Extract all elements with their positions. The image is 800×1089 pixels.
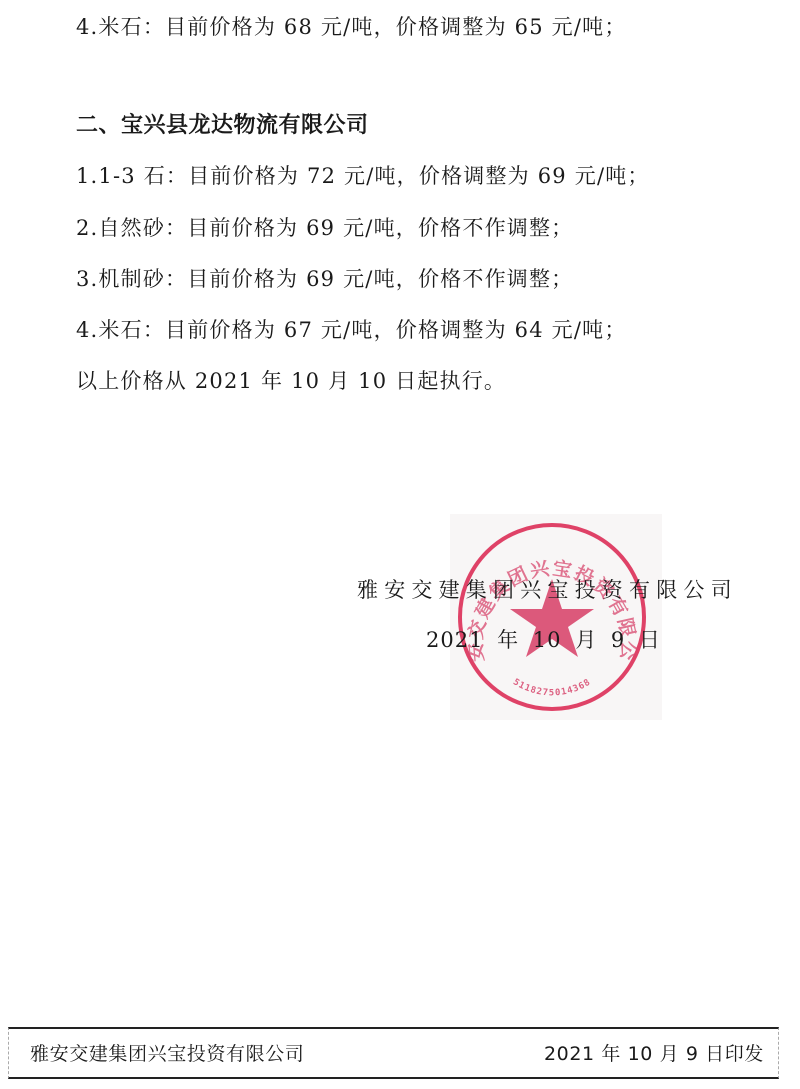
section2-item-3: 3.机制砂：目前价格为 69 元/吨，价格不作调整； bbox=[76, 264, 573, 294]
section2-heading: 二、宝兴县龙达物流有限公司 bbox=[76, 111, 369, 141]
official-seal-icon: 雅安交建集团兴宝投资有限公司 5118275014368 bbox=[457, 521, 647, 713]
signature-company: 雅安交建集团兴宝投资有限公司 bbox=[357, 575, 738, 605]
signature-date: 2021 年 10 月 9 日 bbox=[426, 625, 661, 655]
section2-item-1: 1.1-3 石：目前价格为 72 元/吨，价格调整为 69 元/吨； bbox=[76, 161, 650, 191]
footer-issued-date: 2021 年 10 月 9 日印发 bbox=[544, 1042, 764, 1066]
document-footer: 雅安交建集团兴宝投资有限公司 2021 年 10 月 9 日印发 bbox=[8, 1027, 779, 1079]
stamp-number: 5118275014368 bbox=[511, 677, 593, 698]
effective-date-note: 以上价格从 2021 年 10 月 10 日起执行。 bbox=[76, 366, 506, 396]
section2-item-2: 2.自然砂：目前价格为 69 元/吨，价格不作调整； bbox=[76, 213, 573, 243]
section2-item-4: 4.米石：目前价格为 67 元/吨，价格调整为 64 元/吨； bbox=[76, 315, 627, 345]
footer-issuer: 雅安交建集团兴宝投资有限公司 bbox=[30, 1042, 304, 1066]
svg-text:5118275014368: 5118275014368 bbox=[511, 677, 593, 698]
section1-item-4: 4.米石：目前价格为 68 元/吨，价格调整为 65 元/吨； bbox=[76, 12, 627, 42]
